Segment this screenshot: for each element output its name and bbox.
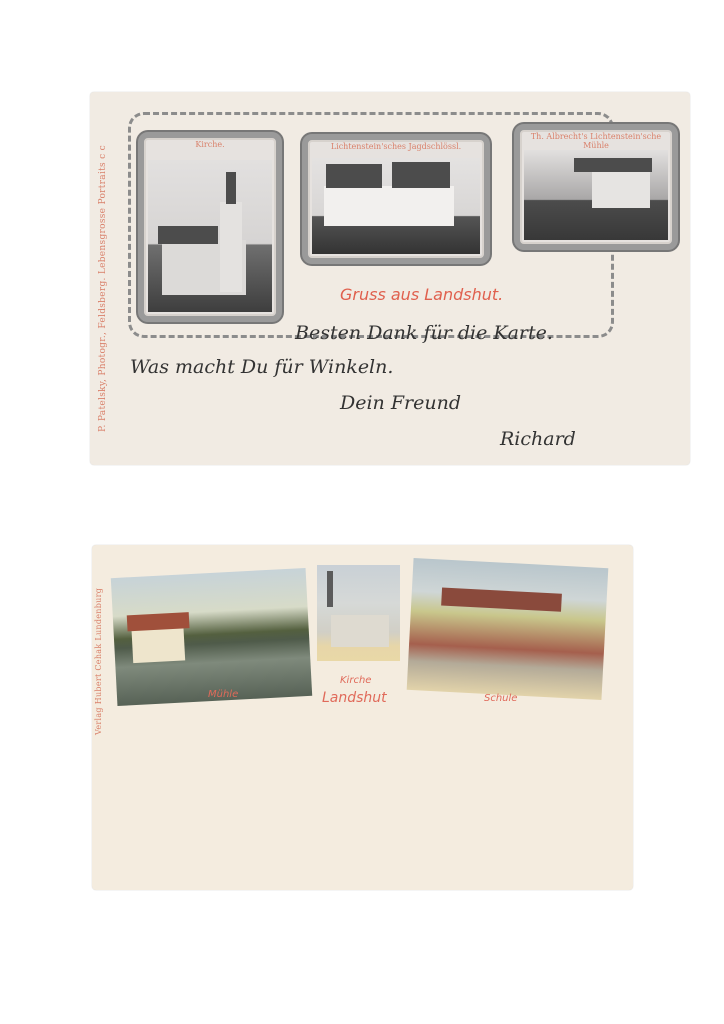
publisher-text: Verlag Hubert Cehak Lundenburg [94, 588, 103, 735]
greeting-title: Gruss aus Landshut. [340, 285, 503, 304]
muehle-label: Mühle [208, 689, 238, 700]
handwriting-signature: Richard [500, 428, 576, 450]
photo-title: Th. Albrecht's Lichtenstein'sche Mühle [520, 132, 672, 150]
muehle-photo [524, 150, 668, 240]
photo-frame-muehle: Th. Albrecht's Lichtenstein'sche Mühle [514, 124, 678, 250]
jagdschloss-photo [312, 158, 480, 254]
church-photo [148, 160, 272, 312]
handwriting-line-1: Besten Dank für die Karte. [295, 322, 553, 344]
town-label: Landshut [322, 690, 387, 706]
photo-title: Kirche. [144, 140, 276, 149]
publisher-text: P. Patelsky, Photogr., Feldsberg. Lebens… [98, 145, 108, 432]
muehle-photo [111, 568, 312, 706]
photo-frame-church: Kirche. [138, 132, 282, 322]
postcard-front-1: P. Patelsky, Photogr., Feldsberg. Lebens… [90, 92, 690, 465]
handwriting-line-3: Dein Freund [340, 392, 461, 414]
postcard-front-2: Verlag Hubert Cehak Lundenburg Mühle Kir… [92, 545, 633, 890]
handwriting-line-2: Was macht Du für Winkeln. [130, 356, 393, 378]
schule-label: Schule [484, 693, 517, 704]
kirche-photo [317, 565, 400, 661]
photo-frame-jagdschloss: Lichtenstein'sches Jagdschlössl. [302, 134, 490, 264]
kirche-label: Kirche [340, 675, 371, 686]
photo-title: Lichtenstein'sches Jagdschlössl. [308, 142, 484, 151]
schule-photo [407, 558, 609, 700]
